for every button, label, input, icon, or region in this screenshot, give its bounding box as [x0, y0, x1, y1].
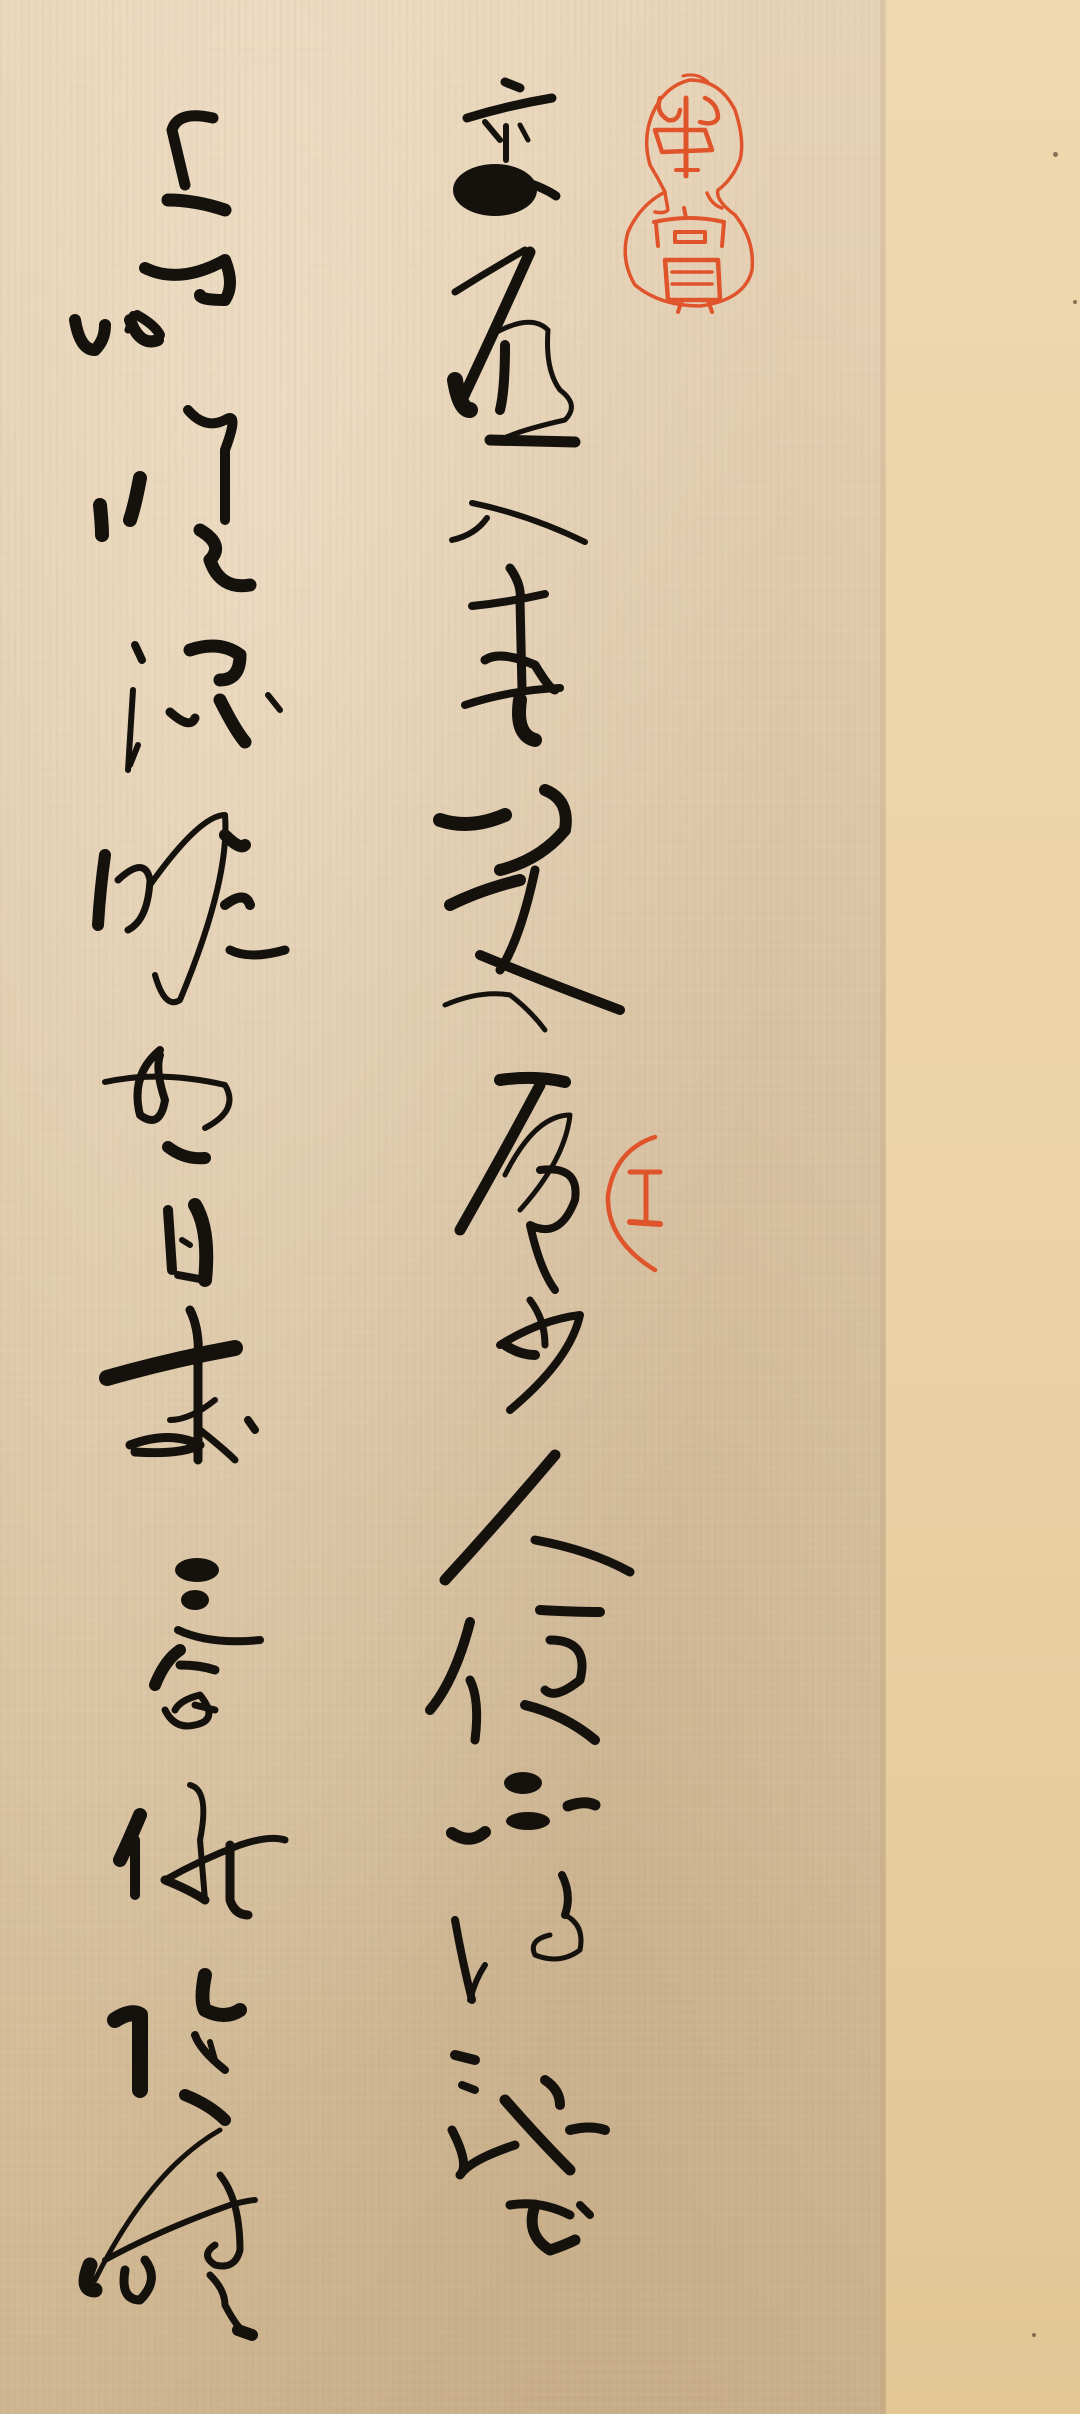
gourd-seal: [625, 75, 752, 312]
seal-char-zhong: [655, 98, 718, 176]
partial-round-seal: [608, 1137, 660, 1270]
seal-layer: [0, 0, 1080, 2414]
seal-char-shang: [654, 193, 724, 312]
calligraphy-scroll: Chinese cursive calligraphy scroll (草书) …: [0, 0, 1080, 2414]
